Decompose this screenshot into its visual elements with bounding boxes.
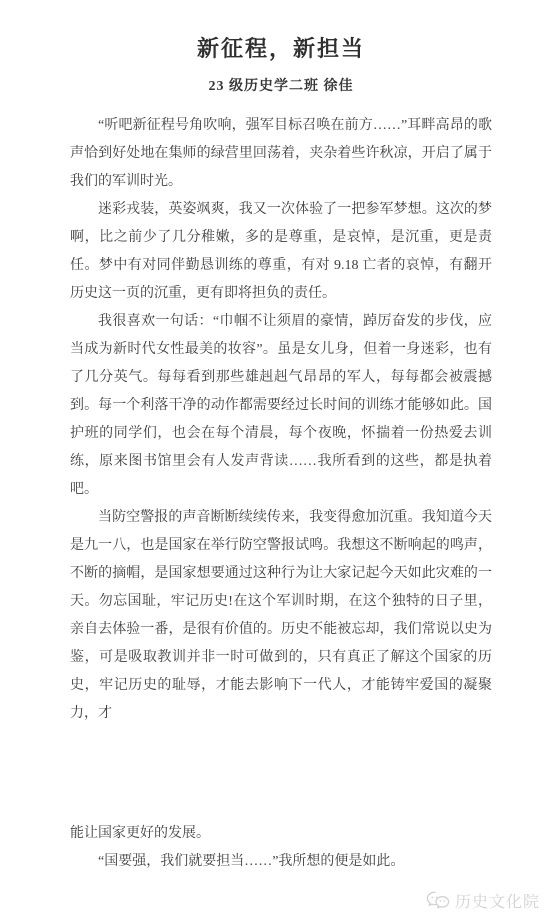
- paragraph-continuation: 能让国家更好的发展。: [70, 820, 492, 848]
- article-body-continued: 能让国家更好的发展。 “国要强，我们就要担当……”我所想的便是如此。: [70, 820, 492, 876]
- paragraph: 当防空警报的声音断断续续传来，我变得愈加沉重。我知道今天是九一八，也是国家在举行…: [70, 504, 492, 728]
- closing-paragraph: “国要强，我们就要担当……”我所想的便是如此。: [70, 848, 492, 876]
- article-body: “听吧新征程号角吹响，强军目标召唤在前方……”耳畔高昂的歌声恰到好处地在集师的绿…: [70, 112, 492, 728]
- paragraph: 迷彩戎装，英姿飒爽，我又一次体验了一把参军梦想。这次的梦啊，比之前少了几分稚嫩，…: [70, 196, 492, 308]
- author-byline: 23 级历史学二班 徐佳: [70, 75, 492, 95]
- page-title: 新征程，新担当: [70, 32, 492, 63]
- wechat-logo-icon: [426, 891, 450, 910]
- publisher-name: 历史文化院: [455, 889, 540, 912]
- paragraph: 我很喜欢一句话：“巾帼不让须眉的豪情，踔厉奋发的步伐，应当成为新时代女性最美的妆…: [70, 308, 492, 504]
- publisher-watermark: 历史文化院: [426, 889, 540, 912]
- paragraph: “听吧新征程号角吹响，强军目标召唤在前方……”耳畔高昂的歌声恰到好处地在集师的绿…: [70, 112, 492, 196]
- document-page: { "page": { "background": "#ffffff", "te…: [0, 0, 554, 922]
- article-content: 新征程，新担当 23 级历史学二班 徐佳 “听吧新征程号角吹响，强军目标召唤在前…: [70, 0, 492, 728]
